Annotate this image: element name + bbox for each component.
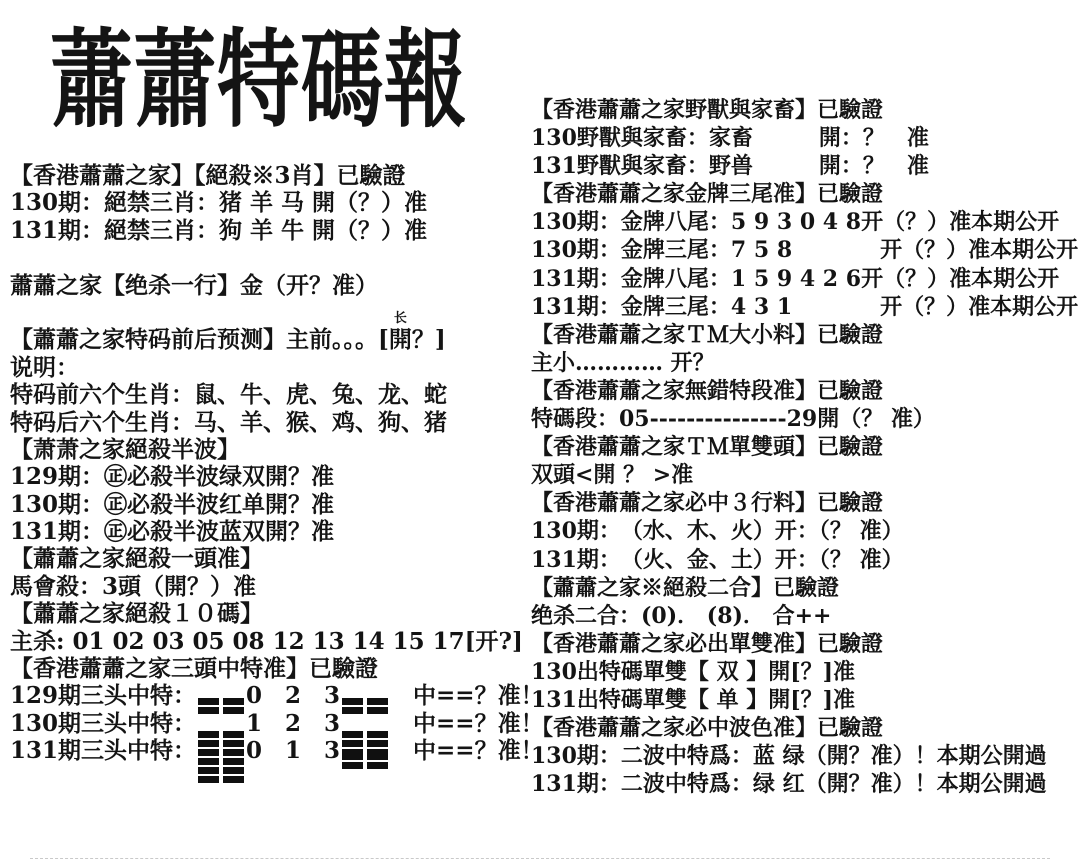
text-line: 131期：㊣必殺半波蓝双開？准 bbox=[10, 518, 525, 545]
redacted-block bbox=[198, 758, 244, 783]
text-run: 【萧萧之家絕殺半波】 bbox=[10, 436, 240, 463]
text-run: 特碼段：05---------------29開（？ 准） bbox=[531, 406, 935, 432]
text-line: 131期：二波中特爲：绿 红（開？准）！本期公開過 bbox=[531, 770, 1077, 798]
text-run: 中==？准！ bbox=[390, 682, 544, 709]
text-line bbox=[10, 299, 525, 326]
text-run: 1 2 3 bbox=[246, 710, 340, 737]
text-run: 中==？准！ bbox=[390, 710, 544, 737]
text-run: 主小………… 开？ bbox=[531, 350, 715, 376]
text-run: 131期：絕禁三肖：狗 羊 牛 開（？）准 bbox=[10, 217, 427, 244]
text-run: 馬會殺：3頭（開？）准 bbox=[10, 573, 256, 600]
text-run: 131期三头中特： bbox=[10, 737, 196, 764]
text-run: 130期：二波中特爲：蓝 绿（開？准）！本期公開過 bbox=[531, 743, 1047, 769]
text-run: 130期：㊣必殺半波红单開？准 bbox=[10, 491, 334, 518]
text-run: 130野獸與家畜：家畜 開：？ 准 bbox=[531, 125, 929, 151]
text-line: 131野獸與家畜：野兽 開：？ 准 bbox=[531, 152, 1077, 180]
text-line: 【香港蕭蕭之家ＴＭ單雙頭】已驗證 bbox=[531, 433, 1077, 461]
text-run: 131出特碼單雙【 单 】開[？]准 bbox=[531, 687, 855, 713]
text-run: 129期：㊣必殺半波绿双開？准 bbox=[10, 463, 334, 490]
text-run: 蕭蕭之家【绝杀一行】金（开？准） bbox=[10, 272, 378, 299]
text-line bbox=[10, 244, 525, 271]
text-run: 130期：絕禁三肖：猪 羊 马 開（？）准 bbox=[10, 189, 427, 216]
page-title: 蕭蕭特碼報 bbox=[50, 22, 467, 139]
text-line: 特码后六个生肖：马、羊、猴、鸡、狗、猪 bbox=[10, 409, 525, 436]
text-line: 131出特碼單雙【 单 】開[？]准 bbox=[531, 686, 1077, 714]
text-line: 130期：金牌八尾：5 9 3 0 4 8开（？）准本期公开 bbox=[531, 208, 1077, 236]
text-line: 131期： （火、金、土）开：（？ 准） bbox=[531, 546, 1077, 574]
text-run: 130期：金牌三尾：7 5 8 开（？）准本期公开 bbox=[531, 237, 1078, 263]
text-run: 【蕭蕭之家※絕殺二合】已驗證 bbox=[531, 575, 839, 601]
text-run: 131期：㊣必殺半波蓝双開？准 bbox=[10, 518, 334, 545]
text-run: 131野獸與家畜：野兽 開：？ 准 bbox=[531, 153, 929, 179]
text-line: 【蕭蕭之家絕殺１０碼】 bbox=[10, 600, 525, 627]
text-line: 【香港蕭蕭之家】【絕殺※3肖】已驗證 bbox=[10, 162, 525, 189]
text-run: 【蕭蕭之家特码前后预测】主前。。。[ bbox=[10, 326, 389, 353]
text-line: 主杀: 01 02 03 05 08 12 13 14 15 17[开?] bbox=[10, 628, 525, 655]
text-line: 【蕭蕭之家特码前后预测】主前。。。[长開？] bbox=[10, 326, 525, 353]
left-column: 【香港蕭蕭之家】【絕殺※3肖】已驗證130期：絕禁三肖：猪 羊 马 開（？）准1… bbox=[10, 162, 525, 765]
text-line: 131期三头中特：0 1 3 中==？准！ bbox=[10, 737, 525, 764]
text-run: 【香港蕭蕭之家三頭中特准】已驗證 bbox=[10, 655, 378, 682]
text-run: 【香港蕭蕭之家ＴＭ大小料】已驗證 bbox=[531, 322, 883, 348]
text-run: 【香港蕭蕭之家ＴＭ單雙頭】已驗證 bbox=[531, 434, 883, 460]
text-line: 【香港蕭蕭之家無錯特段准】已驗證 bbox=[531, 377, 1077, 405]
text-line: 主小………… 开？ bbox=[531, 349, 1077, 377]
text-line: 130期：㊣必殺半波红单開？准 bbox=[10, 491, 525, 518]
text-line: 【香港蕭蕭之家必出單雙准】已驗證 bbox=[531, 630, 1077, 658]
text-line: 130出特碼單雙【 双 】開[？]准 bbox=[531, 658, 1077, 686]
text-line: 130期： （水、木、火）开：（？ 准） bbox=[531, 517, 1077, 545]
text-line: 131期：絕禁三肖：狗 羊 牛 開（？）准 bbox=[10, 217, 525, 244]
text-run: 【香港蕭蕭之家】【絕殺※3肖】已驗證 bbox=[10, 162, 406, 189]
text-run: 中==？准！ bbox=[390, 737, 544, 764]
text-line: 【蕭蕭之家絕殺一頭准】 bbox=[10, 545, 525, 572]
text-run: 130期三头中特： bbox=[10, 710, 196, 737]
text-run: ？] bbox=[412, 326, 446, 353]
text-line: 【香港蕭蕭之家ＴＭ大小料】已驗證 bbox=[531, 321, 1077, 349]
text-line: 【蕭蕭之家※絕殺二合】已驗證 bbox=[531, 574, 1077, 602]
text-line: 【香港蕭蕭之家三頭中特准】已驗證 bbox=[10, 655, 525, 682]
text-line: 131期：金牌八尾：1 5 9 4 2 6开（？）准本期公开 bbox=[531, 265, 1077, 293]
text-run: 129期三头中特： bbox=[10, 682, 196, 709]
text-line: 【香港蕭蕭之家必中波色准】已驗證 bbox=[531, 714, 1077, 742]
text-run: 【蕭蕭之家絕殺一頭准】 bbox=[10, 545, 263, 572]
superscript-annotation: 长 bbox=[394, 312, 407, 325]
text-run: 130出特碼單雙【 双 】開[？]准 bbox=[531, 659, 855, 685]
text-line: 130期三头中特：1 2 3 中==？准！ bbox=[10, 710, 525, 737]
scan-edge-artifact bbox=[30, 858, 1050, 859]
text-line: 129期：㊣必殺半波绿双開？准 bbox=[10, 463, 525, 490]
text-line: 【萧萧之家絕殺半波】 bbox=[10, 436, 525, 463]
text-run: 【香港蕭蕭之家必中波色准】已驗證 bbox=[531, 715, 883, 741]
text-line: 【香港蕭蕭之家金牌三尾准】已驗證 bbox=[531, 180, 1077, 208]
text-line: 129期三头中特：0 2 3 中==？准！ bbox=[10, 682, 525, 709]
text-run: 【香港蕭蕭之家金牌三尾准】已驗證 bbox=[531, 181, 883, 207]
text-line: 130期：二波中特爲：蓝 绿（開？准）！本期公開過 bbox=[531, 742, 1077, 770]
text-run: 说明： bbox=[10, 354, 79, 381]
text-run: 130期： （水、木、火）开：（？ 准） bbox=[531, 518, 904, 544]
text-run: 【香港蕭蕭之家必出單雙准】已驗證 bbox=[531, 631, 883, 657]
text-run: 0 2 3 bbox=[246, 682, 340, 709]
text-line: 131期：金牌三尾：4 3 1 开（？）准本期公开 bbox=[531, 293, 1077, 321]
text-run: 【香港蕭蕭之家必中３行料】已驗證 bbox=[531, 490, 883, 516]
text-run: 開 bbox=[389, 326, 412, 353]
text-line: 特码前六个生肖：鼠、牛、虎、兔、龙、蛇 bbox=[10, 381, 525, 408]
text-line: 说明： bbox=[10, 354, 525, 381]
text-run: 131期：金牌八尾：1 5 9 4 2 6开（？）准本期公开 bbox=[531, 266, 1059, 292]
redacted-block bbox=[342, 753, 388, 769]
text-line: 130期：金牌三尾：7 5 8 开（？）准本期公开 bbox=[531, 236, 1077, 264]
text-run: 特码前六个生肖：鼠、牛、虎、兔、龙、蛇 bbox=[10, 381, 447, 408]
text-run: 双頭<開 ？ >准 bbox=[531, 462, 693, 488]
text-run: 绝杀二合：(0)． (8)． 合++ bbox=[531, 603, 831, 629]
annotated-char: 长開 bbox=[389, 326, 412, 353]
text-line: 馬會殺：3頭（開？）准 bbox=[10, 573, 525, 600]
text-line: 【香港蕭蕭之家野獸與家畜】已驗證 bbox=[531, 96, 1077, 124]
text-run: 【香港蕭蕭之家野獸與家畜】已驗證 bbox=[531, 97, 883, 123]
text-run: 【蕭蕭之家絕殺１０碼】 bbox=[10, 600, 263, 627]
text-run: 131期：二波中特爲：绿 红（開？准）！本期公開過 bbox=[531, 771, 1047, 797]
text-run: 131期：金牌三尾：4 3 1 开（？）准本期公开 bbox=[531, 294, 1078, 320]
text-run: 特码后六个生肖：马、羊、猴、鸡、狗、猪 bbox=[10, 409, 447, 436]
scan-page: 蕭蕭特碼報 【香港蕭蕭之家】【絕殺※3肖】已驗證130期：絕禁三肖：猪 羊 马 … bbox=[0, 0, 1080, 862]
text-line: 特碼段：05---------------29開（？ 准） bbox=[531, 405, 1077, 433]
text-line: 130期：絕禁三肖：猪 羊 马 開（？）准 bbox=[10, 189, 525, 216]
text-line: 蕭蕭之家【绝杀一行】金（开？准） bbox=[10, 272, 525, 299]
text-run: 130期：金牌八尾：5 9 3 0 4 8开（？）准本期公开 bbox=[531, 209, 1059, 235]
text-line: 双頭<開 ？ >准 bbox=[531, 461, 1077, 489]
right-column: 【香港蕭蕭之家野獸與家畜】已驗證130野獸與家畜：家畜 開：？ 准131野獸與家… bbox=[531, 96, 1077, 798]
text-run: 主杀: 01 02 03 05 08 12 13 14 15 17[开?] bbox=[10, 628, 523, 655]
text-run: 131期： （火、金、土）开：（？ 准） bbox=[531, 547, 904, 573]
text-run: 【香港蕭蕭之家無錯特段准】已驗證 bbox=[531, 378, 883, 404]
text-line: 130野獸與家畜：家畜 開：？ 准 bbox=[531, 124, 1077, 152]
text-line: 绝杀二合：(0)． (8)． 合++ bbox=[531, 602, 1077, 630]
text-run: 0 1 3 bbox=[246, 737, 340, 764]
text-line: 【香港蕭蕭之家必中３行料】已驗證 bbox=[531, 489, 1077, 517]
